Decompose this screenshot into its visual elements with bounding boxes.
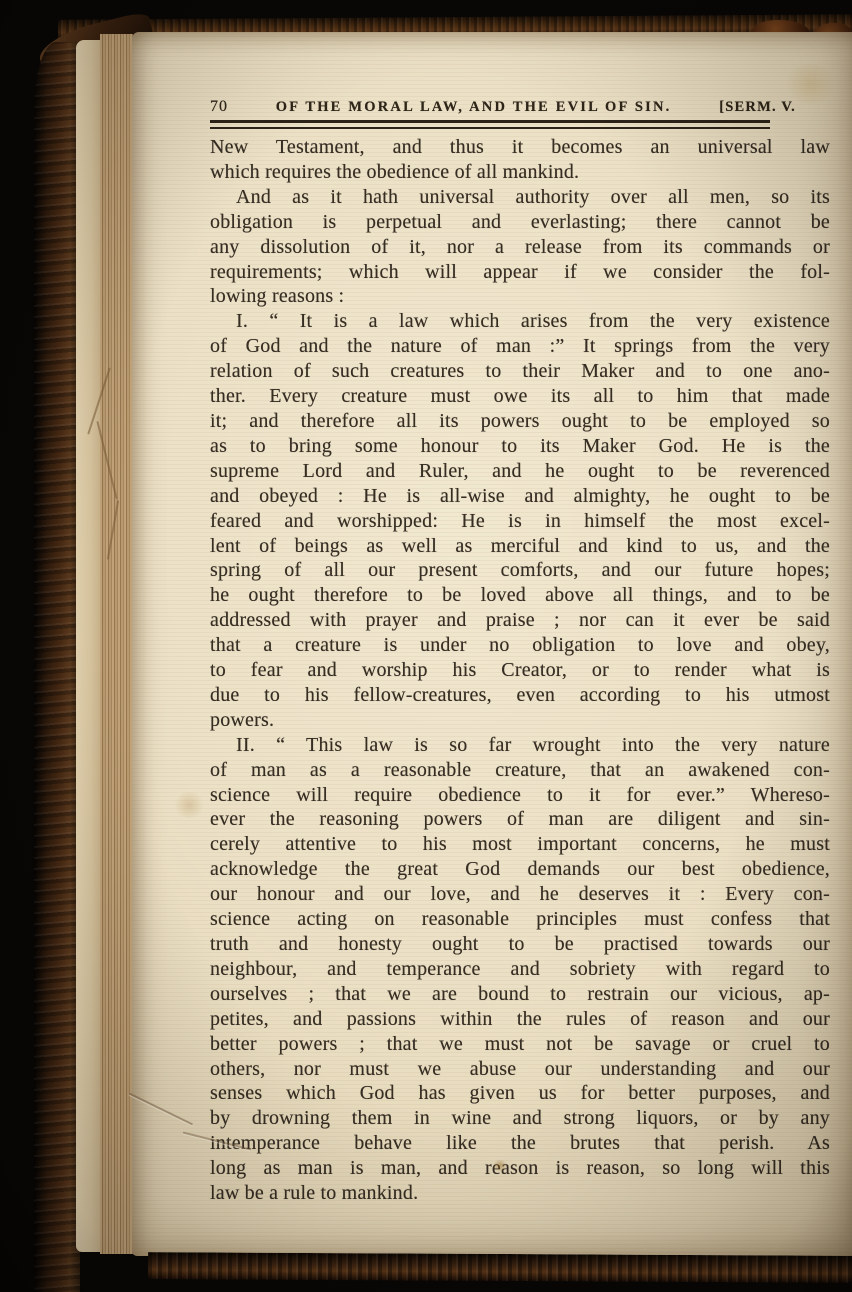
flyleaf-page-edge xyxy=(76,40,103,1252)
page-stack-fore-edge xyxy=(100,34,133,1254)
page-body: New Testament, and thus it becomes an un… xyxy=(210,135,830,1206)
text-line: intemperance behave like the brutes that… xyxy=(210,1131,830,1156)
text-line: as to bring some honour to its Maker God… xyxy=(210,434,830,459)
text-line: supreme Lord and Ruler, and he ought to … xyxy=(210,459,830,484)
text-line: cerely attentive to his most important c… xyxy=(210,832,830,857)
text-line: obligation is perpetual and everlasting;… xyxy=(210,210,830,235)
text-line: of God and the nature of man :” It sprin… xyxy=(210,334,830,359)
text-line: ever the reasoning powers of man are dil… xyxy=(210,807,830,832)
text-line: that a creature is under no obligation t… xyxy=(210,633,830,658)
section-marker: [SERM. V. xyxy=(719,99,796,116)
text-line: powers. xyxy=(210,708,830,733)
book-cover-left-edge xyxy=(34,42,80,1292)
text-line: And as it hath universal authority over … xyxy=(210,185,830,210)
book-photograph: 70 OF THE MORAL LAW, AND THE EVIL OF SIN… xyxy=(0,0,852,1292)
text-line: lent of beings as well as merciful and k… xyxy=(210,534,830,559)
text-line: long as man is man, and reason is reason… xyxy=(210,1156,830,1181)
text-line: due to his fellow-creatures, even accord… xyxy=(210,683,830,708)
text-line: to fear and worship his Creator, or to r… xyxy=(210,658,830,683)
text-line: science acting on reasonable principles … xyxy=(210,907,830,932)
text-line: acknowledge the great God demands our be… xyxy=(210,857,830,882)
text-line: New Testament, and thus it becomes an un… xyxy=(210,135,830,160)
header-double-rule xyxy=(210,120,770,129)
text-line: he ought therefore to be loved above all… xyxy=(210,583,830,608)
text-line: by drowning them in wine and strong liqu… xyxy=(210,1106,830,1131)
text-line: ourselves ; that we are bound to restrai… xyxy=(210,982,830,1007)
running-head: 70 OF THE MORAL LAW, AND THE EVIL OF SIN… xyxy=(210,98,796,116)
running-title: OF THE MORAL LAW, AND THE EVIL OF SIN. xyxy=(276,99,672,116)
text-line: truth and honesty ought to be practised … xyxy=(210,932,830,957)
paper-stain xyxy=(172,792,206,818)
text-line: neighbour, and temperance and sobriety w… xyxy=(210,957,830,982)
book-cover-bottom-edge xyxy=(148,1252,852,1283)
text-line: science will require obedience to it for… xyxy=(210,783,830,808)
text-line: spring of all our present comforts, and … xyxy=(210,558,830,583)
text-line: and obeyed : He is all-wise and almighty… xyxy=(210,484,830,509)
text-line: of man as a reasonable creature, that an… xyxy=(210,758,830,783)
text-line: law be a rule to mankind. xyxy=(210,1181,830,1206)
text-line: which requires the obedience of all mank… xyxy=(210,160,830,185)
text-line: ther. Every creature must owe its all to… xyxy=(210,384,830,409)
text-line: addressed with prayer and praise ; nor c… xyxy=(210,608,830,633)
text-line: I. “ It is a law which arises from the v… xyxy=(210,309,830,334)
text-line: it; and therefore all its powers ought t… xyxy=(210,409,830,434)
text-line: lowing reasons : xyxy=(210,284,830,309)
text-line: others, nor must we abuse our understand… xyxy=(210,1057,830,1082)
text-line: our honour and our love, and he deserves… xyxy=(210,882,830,907)
text-line: feared and worshipped: He is in himself … xyxy=(210,509,830,534)
text-line: relation of such creatures to their Make… xyxy=(210,359,830,384)
paper-crease xyxy=(129,1093,193,1125)
text-line: requirements; which will appear if we co… xyxy=(210,260,830,285)
text-line: II. “ This law is so far wrought into th… xyxy=(210,733,830,758)
text-line: better powers ; that we must not be sava… xyxy=(210,1032,830,1057)
book-page: 70 OF THE MORAL LAW, AND THE EVIL OF SIN… xyxy=(132,32,852,1256)
text-line: petites, and passions within the rules o… xyxy=(210,1007,830,1032)
text-line: any dissolution of it, nor a release fro… xyxy=(210,235,830,260)
page-number: 70 xyxy=(210,98,228,116)
text-line: senses which God has given us for better… xyxy=(210,1081,830,1106)
